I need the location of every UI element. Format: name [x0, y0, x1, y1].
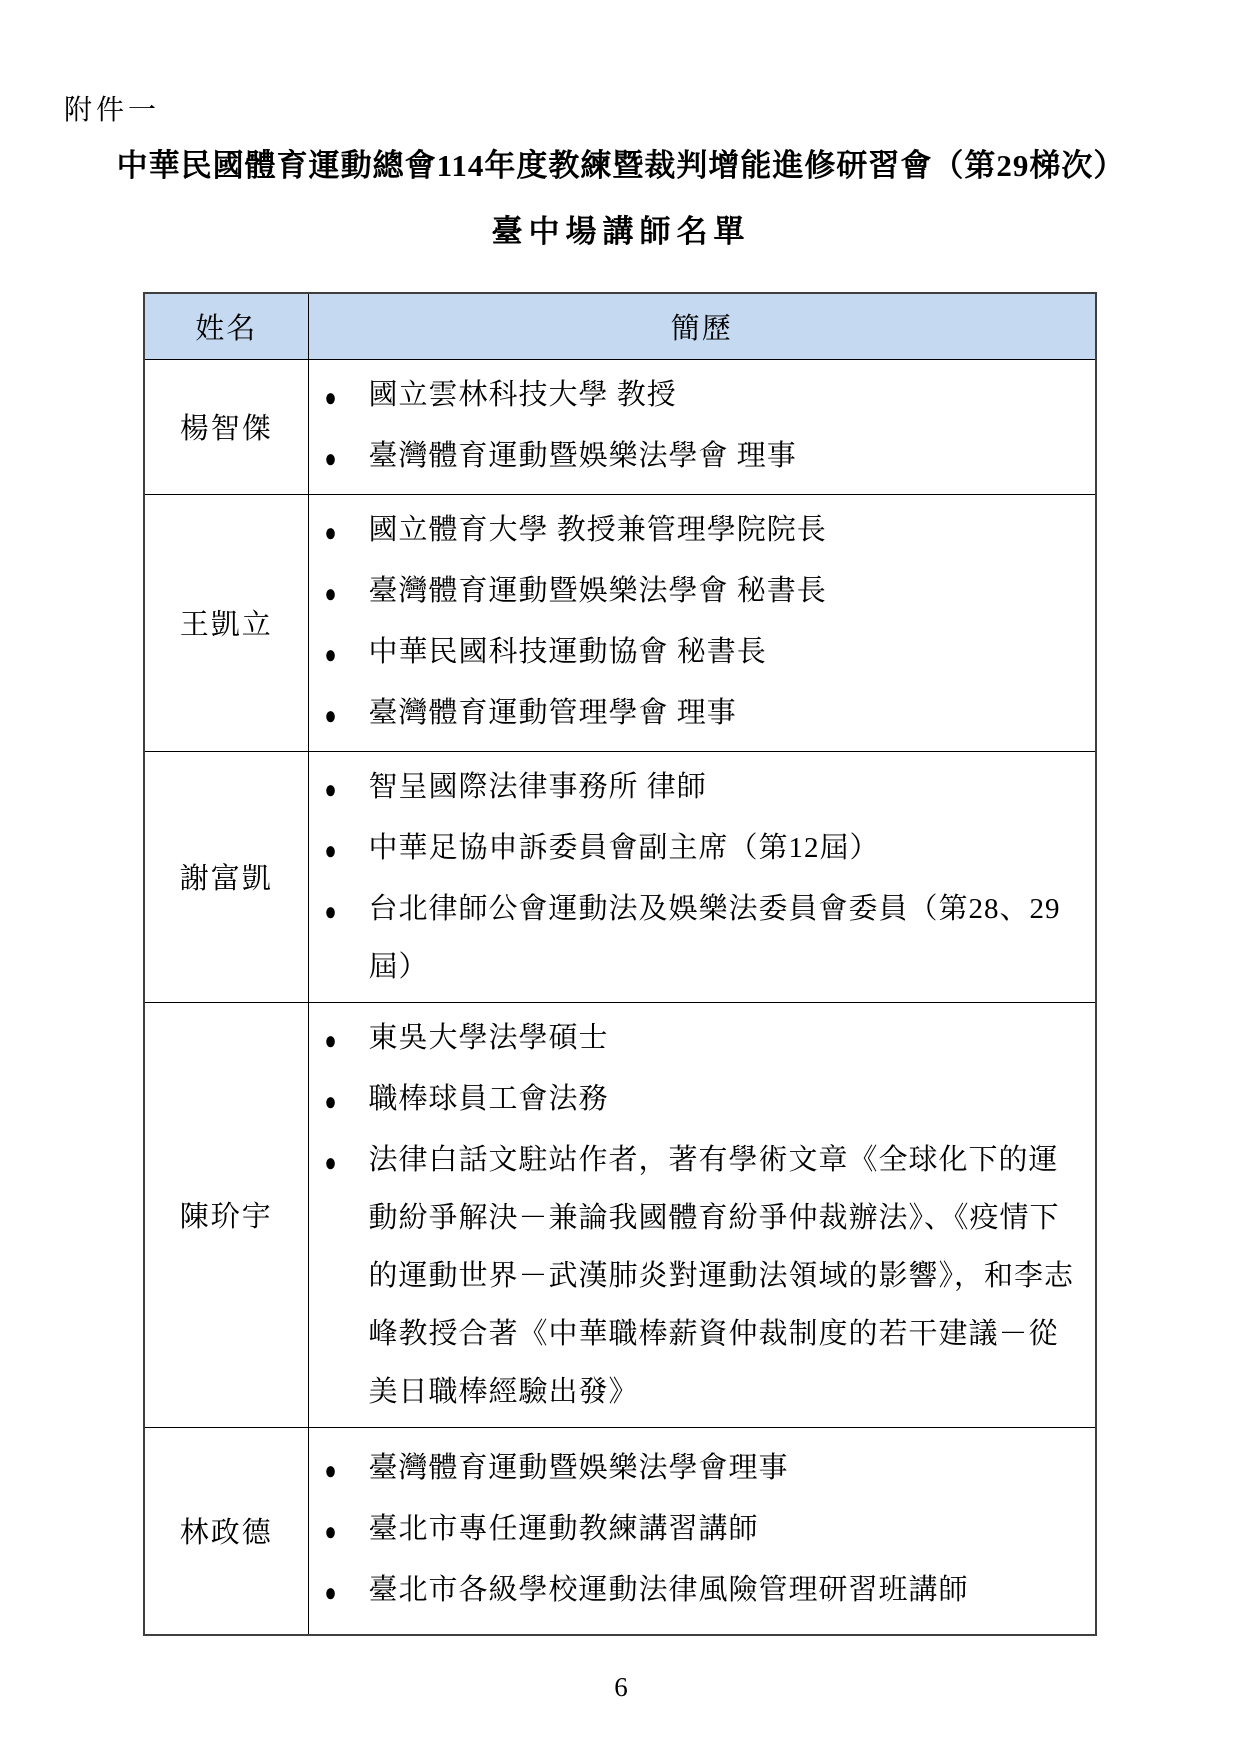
table-row: 林政德 臺灣體育運動暨娛樂法學會理事 臺北市專任運動教練講習講師 臺北市各級學校…	[144, 1427, 1096, 1635]
lecturer-name: 楊智傑	[144, 359, 308, 494]
bio-text: 智呈國際法律事務所 律師	[369, 758, 1082, 816]
bio-text: 臺北市專任運動教練講習講師	[369, 1500, 1082, 1558]
lecturer-bio: 國立雲林科技大學 教授 臺灣體育運動暨娛樂法學會 理事	[308, 359, 1096, 494]
lecturer-table: 姓名 簡歷 楊智傑 國立雲林科技大學 教授 臺灣體育運動暨娛樂法學會 理事 王凱…	[143, 292, 1097, 1636]
bio-text: 臺北市各級學校運動法律風險管理研習班講師	[369, 1561, 1082, 1619]
bullet-icon	[325, 1561, 369, 1622]
bio-text: 法律白話文駐站作者，著有學術文章《全球化下的運動紛爭解決－兼論我國體育紛爭仲裁辦…	[369, 1131, 1082, 1421]
bio-item: 中華民國科技運動協會 秘書長	[325, 623, 1082, 684]
bullet-icon	[325, 819, 369, 880]
bio-item: 臺灣體育運動管理學會 理事	[325, 684, 1082, 745]
attachment-label: 附件一	[64, 88, 160, 128]
bullet-icon	[325, 623, 369, 684]
document-page: 附件一 中華民國體育運動總會114年度教練暨裁判增能進修研習會（第29梯次） 臺…	[0, 0, 1242, 1756]
table-row: 楊智傑 國立雲林科技大學 教授 臺灣體育運動暨娛樂法學會 理事	[144, 359, 1096, 494]
table-row: 謝富凱 智呈國際法律事務所 律師 中華足協申訴委員會副主席（第12屆） 台北律師…	[144, 751, 1096, 1002]
bullet-icon	[325, 427, 369, 488]
bio-item: 中華足協申訴委員會副主席（第12屆）	[325, 819, 1082, 880]
table-header-row: 姓名 簡歷	[144, 293, 1096, 359]
lecturer-name: 謝富凱	[144, 751, 308, 1002]
lecturer-name: 林政德	[144, 1427, 308, 1635]
bio-item: 東吳大學法學碩士	[325, 1009, 1082, 1070]
bio-text: 職棒球員工會法務	[369, 1070, 1082, 1128]
lecturer-name: 陳玠宇	[144, 1002, 308, 1427]
table-row: 陳玠宇 東吳大學法學碩士 職棒球員工會法務 法律白話文駐站作者，著有學術文章《全…	[144, 1002, 1096, 1427]
bullet-icon	[325, 366, 369, 427]
page-title: 中華民國體育運動總會114年度教練暨裁判增能進修研習會（第29梯次）	[0, 140, 1242, 185]
bullet-icon	[325, 562, 369, 623]
bio-item: 臺灣體育運動暨娛樂法學會理事	[325, 1439, 1082, 1500]
page-number: 6	[0, 1672, 1242, 1703]
bullet-icon	[325, 501, 369, 562]
bio-item: 智呈國際法律事務所 律師	[325, 758, 1082, 819]
bio-item: 台北律師公會運動法及娛樂法委員會委員（第28、29屆）	[325, 880, 1082, 996]
header-bio: 簡歷	[308, 293, 1096, 359]
bullet-icon	[325, 1439, 369, 1500]
lecturer-bio: 臺灣體育運動暨娛樂法學會理事 臺北市專任運動教練講習講師 臺北市各級學校運動法律…	[308, 1427, 1096, 1635]
bio-text: 國立雲林科技大學 教授	[369, 366, 1082, 424]
lecturer-name: 王凱立	[144, 494, 308, 751]
lecturer-bio: 國立體育大學 教授兼管理學院院長 臺灣體育運動暨娛樂法學會 秘書長 中華民國科技…	[308, 494, 1096, 751]
lecturer-bio: 智呈國際法律事務所 律師 中華足協申訴委員會副主席（第12屆） 台北律師公會運動…	[308, 751, 1096, 1002]
bio-text: 國立體育大學 教授兼管理學院院長	[369, 501, 1082, 559]
bullet-icon	[325, 684, 369, 745]
page-subtitle: 臺中場講師名單	[0, 206, 1242, 251]
bullet-icon	[325, 880, 369, 941]
bio-item: 臺灣體育運動暨娛樂法學會 理事	[325, 427, 1082, 488]
bio-text: 臺灣體育運動暨娛樂法學會 秘書長	[369, 562, 1082, 620]
lecturer-bio: 東吳大學法學碩士 職棒球員工會法務 法律白話文駐站作者，著有學術文章《全球化下的…	[308, 1002, 1096, 1427]
bio-item: 職棒球員工會法務	[325, 1070, 1082, 1131]
bio-item: 臺北市專任運動教練講習講師	[325, 1500, 1082, 1561]
bio-text: 中華民國科技運動協會 秘書長	[369, 623, 1082, 681]
bullet-icon	[325, 1500, 369, 1561]
bullet-icon	[325, 1009, 369, 1070]
bullet-icon	[325, 1131, 369, 1192]
bullet-icon	[325, 1070, 369, 1131]
bio-item: 國立體育大學 教授兼管理學院院長	[325, 501, 1082, 562]
bullet-icon	[325, 758, 369, 819]
bio-text: 東吳大學法學碩士	[369, 1009, 1082, 1067]
bio-text: 臺灣體育運動管理學會 理事	[369, 684, 1082, 742]
table-row: 王凱立 國立體育大學 教授兼管理學院院長 臺灣體育運動暨娛樂法學會 秘書長 中華…	[144, 494, 1096, 751]
bio-text: 中華足協申訴委員會副主席（第12屆）	[369, 819, 1082, 877]
bio-item: 國立雲林科技大學 教授	[325, 366, 1082, 427]
bio-item: 臺灣體育運動暨娛樂法學會 秘書長	[325, 562, 1082, 623]
header-name: 姓名	[144, 293, 308, 359]
bio-item: 法律白話文駐站作者，著有學術文章《全球化下的運動紛爭解決－兼論我國體育紛爭仲裁辦…	[325, 1131, 1082, 1421]
bio-text: 臺灣體育運動暨娛樂法學會理事	[369, 1439, 1082, 1497]
bio-text: 臺灣體育運動暨娛樂法學會 理事	[369, 427, 1082, 485]
bio-text: 台北律師公會運動法及娛樂法委員會委員（第28、29屆）	[369, 880, 1082, 996]
bio-item: 臺北市各級學校運動法律風險管理研習班講師	[325, 1561, 1082, 1622]
